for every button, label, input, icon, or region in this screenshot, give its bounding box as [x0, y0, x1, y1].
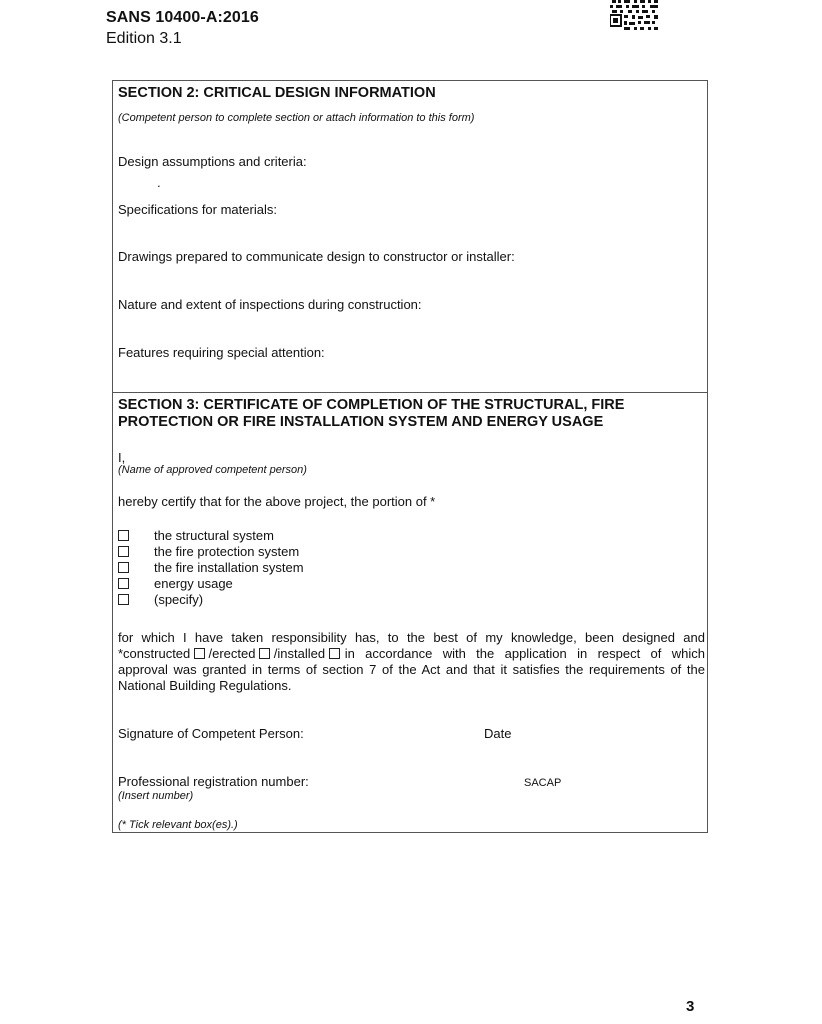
option-specify[interactable]: (specify)	[118, 591, 304, 607]
page-number: 3	[686, 998, 694, 1015]
name-note: (Name of approved competent person)	[118, 464, 307, 476]
inspections-label: Nature and extent of inspections during …	[118, 297, 422, 312]
date-label: Date	[484, 726, 511, 741]
standard-code: SANS 10400-A:2016	[106, 9, 259, 27]
form-box: SECTION 2: CRITICAL DESIGN INFORMATION (…	[112, 80, 708, 833]
registration-note: (Insert number)	[118, 790, 193, 802]
stray-mark: .	[157, 175, 161, 190]
para-line1: for which I have taken responsibility ha…	[118, 630, 705, 646]
special-features-label: Features requiring special attention:	[118, 345, 325, 360]
section-divider	[113, 392, 707, 393]
i-label: I,	[118, 450, 125, 465]
registration-label: Professional registration number:	[118, 774, 309, 789]
checkbox[interactable]	[118, 562, 129, 573]
drawings-label: Drawings prepared to communicate design …	[118, 249, 515, 264]
option-structural[interactable]: the structural system	[118, 527, 304, 543]
checkbox[interactable]	[118, 578, 129, 589]
section2-note: (Competent person to complete section or…	[118, 112, 474, 124]
checkbox[interactable]	[118, 594, 129, 605]
para-line4: National Building Regulations.	[118, 678, 705, 694]
qr-code-icon	[610, 0, 660, 30]
option-fire-protection[interactable]: the fire protection system	[118, 543, 304, 559]
checkbox[interactable]	[118, 530, 129, 541]
option-energy-usage[interactable]: energy usage	[118, 575, 304, 591]
registration-body: SACAP	[524, 777, 561, 789]
para-line2: *constructed /erected /installed in acco…	[118, 646, 705, 662]
certification-paragraph: for which I have taken responsibility ha…	[118, 630, 705, 694]
checkbox[interactable]	[118, 546, 129, 557]
certify-text: hereby certify that for the above projec…	[118, 494, 435, 509]
section2-title: SECTION 2: CRITICAL DESIGN INFORMATION	[118, 85, 436, 102]
option-fire-installation[interactable]: the fire installation system	[118, 559, 304, 575]
edition-label: Edition 3.1	[106, 30, 182, 48]
section3-title-line2: PROTECTION OR FIRE INSTALLATION SYSTEM A…	[118, 414, 603, 431]
section3-title-line1: SECTION 3: CERTIFICATE OF COMPLETION OF …	[118, 397, 624, 414]
tick-note: (* Tick relevant box(es).)	[118, 819, 238, 831]
para-line3: approval was granted in terms of section…	[118, 662, 705, 678]
erected-checkbox[interactable]	[259, 648, 270, 659]
signature-label: Signature of Competent Person:	[118, 726, 304, 741]
constructed-checkbox[interactable]	[194, 648, 205, 659]
design-assumptions-label: Design assumptions and criteria:	[118, 154, 307, 169]
portion-options: the structural system the fire protectio…	[118, 527, 304, 607]
material-specs-label: Specifications for materials:	[118, 202, 277, 217]
installed-checkbox[interactable]	[329, 648, 340, 659]
